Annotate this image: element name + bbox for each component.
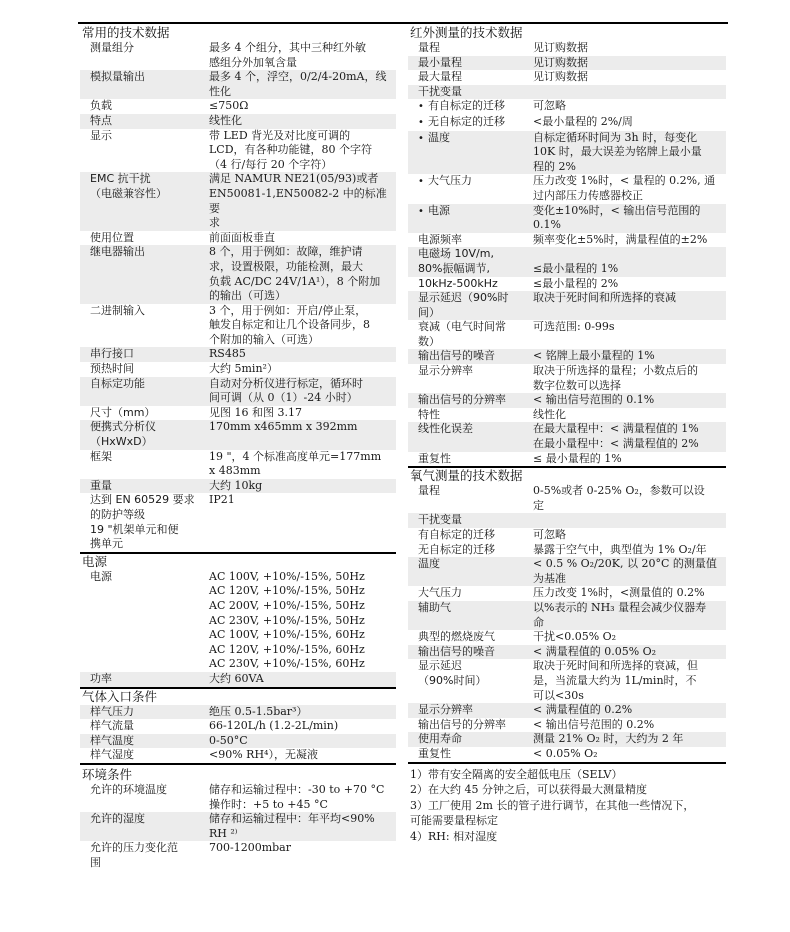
section-title-environment: 环境条件 bbox=[80, 765, 396, 783]
spec-row: 样气压力绝压 0.5-1.5bar³） bbox=[80, 705, 396, 720]
spec-row: 特性线性化 bbox=[408, 408, 726, 423]
spec-row: 输出信号的分辨率< 输出信号范围的 0.2% bbox=[408, 718, 726, 733]
spec-label-text: 显示延迟 （90%时间） bbox=[418, 659, 486, 687]
spec-row: 自标定功能自动对分析仪进行标定，循环时 间可调（从 0（1）-24 小时） bbox=[80, 377, 396, 406]
spec-label: 自标定功能 bbox=[80, 377, 209, 406]
spec-label: 电磁场 10V/m, 80%振幅调节, bbox=[408, 247, 533, 276]
section-title-power: 电源 bbox=[80, 554, 396, 570]
spec-row: 量程见订购数据 bbox=[408, 41, 726, 56]
spec-label-text: 特性 bbox=[418, 408, 440, 421]
spec-label: 最小量程 bbox=[408, 56, 533, 71]
spec-label: 量程 bbox=[408, 484, 533, 513]
spec-label-text: 功率 bbox=[90, 672, 112, 685]
spec-label: 便携式分析仪 （HxWxD） bbox=[80, 420, 209, 449]
spec-row: 输出信号的噪音< 满量程值的 0.05% O₂ bbox=[408, 645, 726, 660]
spec-row: 二进制输入3 个，用于例如：开启/停止泵， 触发自标定和让几个设备同步，8 个附… bbox=[80, 304, 396, 348]
spec-value: 前面面板垂直 bbox=[209, 231, 396, 246]
spec-row: 温度< 0.5 % O₂/20K, 以 20°C 的测量值 为基准 bbox=[408, 557, 726, 586]
spec-value: <90% RH⁴），无凝液 bbox=[209, 748, 396, 763]
spec-label-text: 使用寿命 bbox=[418, 732, 462, 745]
spec-label-text: 有自标定的迁移 bbox=[418, 528, 495, 541]
spec-label: 辅助气 bbox=[408, 601, 533, 630]
spec-value: 大约 5min²） bbox=[209, 362, 396, 377]
spec-row: 电磁场 10V/m, 80%振幅调节, ≤最小量程的 1% bbox=[408, 247, 726, 276]
spec-value: 取决于死时间和所选择的衰减 bbox=[533, 291, 726, 320]
spec-value: 取决于所选择的量程；小数点后的 数字位数可以选择 bbox=[533, 364, 726, 393]
environment-rows: 允许的环境温度储存和运输过程中：-30 to +70 °C 操作时：+5 to … bbox=[80, 783, 396, 871]
spec-label: 测量组分 bbox=[80, 41, 209, 70]
spec-label-text: 衰减（电气时间常 数） bbox=[418, 320, 506, 348]
spec-label: 温度 bbox=[408, 557, 533, 586]
spec-label: 串行接口 bbox=[80, 347, 209, 362]
o2-rows: 量程0-5%或者 0-25% O₂，参数可以设 定干扰变量有自标定的迁移可忽略无… bbox=[408, 484, 726, 761]
spec-label-text: 10kHz-500kHz bbox=[418, 277, 498, 290]
spec-label: 衰减（电气时间常 数） bbox=[408, 320, 533, 349]
spec-row: 允许的湿度储存和运输过程中：年平均<90% RH ²⁾ bbox=[80, 812, 396, 841]
spec-value: ≤最小量程的 2% bbox=[533, 277, 726, 292]
spec-value: <最小量程的 2%/周 bbox=[533, 115, 726, 131]
spec-row: 重复性≤ 最小量程的 1% bbox=[408, 452, 726, 467]
spec-value: 暴露于空气中，典型值为 1% O₂/年 bbox=[533, 543, 726, 558]
spec-label: 使用寿命 bbox=[408, 732, 533, 747]
spec-label-text: 串行接口 bbox=[90, 347, 134, 360]
spec-value: 170mm x465mm x 392mm bbox=[209, 420, 396, 449]
power-rows: 电源AC 100V, +10%/-15%, 50Hz AC 120V, +10%… bbox=[80, 570, 396, 687]
spec-row: 衰减（电气时间常 数）可选范围: 0-99s bbox=[408, 320, 726, 349]
spec-row: 显示延迟（90%时 间）取决于死时间和所选择的衰减 bbox=[408, 291, 726, 320]
spec-label-text: 允许的湿度 bbox=[90, 812, 145, 825]
spec-row: 无自标定的迁移<最小量程的 2%/周 bbox=[408, 115, 726, 131]
spec-value: 储存和运输过程中：-30 to +70 °C 操作时：+5 to +45 °C bbox=[209, 783, 396, 812]
spec-value: 压力改变 1%时，<测量值的 0.2% bbox=[533, 586, 726, 601]
spec-row: 继电器输出8 个，用于例如：故障，维护请 求，设置极限，功能检测，最大 负载 A… bbox=[80, 245, 396, 303]
spec-label-text: 尺寸（mm） bbox=[90, 406, 155, 419]
spec-label: 有自标定的迁移 bbox=[408, 528, 533, 543]
spec-row: 显示分辨率< 满量程值的 0.2% bbox=[408, 703, 726, 718]
spec-label: 显示延迟（90%时 间） bbox=[408, 291, 533, 320]
spec-label-text: 预热时间 bbox=[90, 362, 134, 375]
spec-value: 线性化 bbox=[533, 408, 726, 423]
spec-label: 无自标定的迁移 bbox=[408, 543, 533, 558]
spec-label: 显示分辨率 bbox=[408, 703, 533, 718]
spec-value: ≤750Ω bbox=[209, 99, 396, 114]
spec-label-text: 电源频率 bbox=[418, 233, 462, 246]
spec-label: 输出信号的噪音 bbox=[408, 349, 533, 364]
spec-label: 允许的压力变化范 围 bbox=[80, 841, 209, 870]
spec-row: 显示带 LED 背光及对比度可调的 LCD，有各种功能键，80 个字符 （4 行… bbox=[80, 129, 396, 173]
spec-value: 以%表示的 NH₃ 量程会减少仪器寿 命 bbox=[533, 601, 726, 630]
section-gas-inlet: 气体入口条件 样气压力绝压 0.5-1.5bar³）样气流量66-120L/h … bbox=[80, 689, 396, 765]
spec-label: 显示 bbox=[80, 129, 209, 173]
spec-label: 允许的环境温度 bbox=[80, 783, 209, 812]
section-title-o2: 氧气测量的技术数据 bbox=[408, 468, 726, 484]
spec-value: 绝压 0.5-1.5bar³） bbox=[209, 705, 396, 720]
spec-label: 大气压力 bbox=[408, 174, 533, 203]
section-title-general: 常用的技术数据 bbox=[80, 25, 396, 41]
spec-label: 模拟量输出 bbox=[80, 70, 209, 99]
spec-value: AC 100V, +10%/-15%, 50Hz AC 120V, +10%/-… bbox=[209, 570, 396, 672]
spec-value: 见图 16 和图 3.17 bbox=[209, 406, 396, 421]
spec-value: 在最大量程中：< 满量程值的 1% 在最小量程中：< 满量程值的 2% bbox=[533, 422, 726, 451]
bullet-icon bbox=[418, 99, 428, 112]
spec-label-text: 样气湿度 bbox=[90, 748, 134, 761]
spec-label-text: 电源 bbox=[428, 204, 450, 217]
spec-value: 0-50°C bbox=[209, 734, 396, 749]
ir-rows: 量程见订购数据最小量程见订购数据最大量程见订购数据干扰变量有自标定的迁移可忽略无… bbox=[408, 41, 726, 466]
spec-row: 串行接口RS485 bbox=[80, 347, 396, 362]
spec-value: < 输出信号范围的 0.2% bbox=[533, 718, 726, 733]
bullet-icon bbox=[418, 131, 428, 144]
spec-label: 允许的湿度 bbox=[80, 812, 209, 841]
section-o2: 氧气测量的技术数据 量程0-5%或者 0-25% O₂，参数可以设 定干扰变量有… bbox=[408, 468, 726, 763]
spec-row: 功率大约 60VA bbox=[80, 672, 396, 687]
spec-label-text: 线性化误差 bbox=[418, 422, 473, 435]
spec-label: 继电器输出 bbox=[80, 245, 209, 303]
section-title-ir: 红外测量的技术数据 bbox=[408, 25, 726, 41]
spec-label-text: 便携式分析仪 （HxWxD） bbox=[90, 420, 156, 448]
spec-row: 尺寸（mm）见图 16 和图 3.17 bbox=[80, 406, 396, 421]
bullet-icon bbox=[418, 204, 428, 217]
spec-label-text: 典型的燃烧废气 bbox=[418, 630, 495, 643]
spec-value: < 输出信号范围的 0.1% bbox=[533, 393, 726, 408]
spec-value: 可忽略 bbox=[533, 99, 726, 115]
spec-label: 10kHz-500kHz bbox=[408, 277, 533, 292]
spec-row: 温度自标定循环时间为 3h 时，每变化 10K 时，最大误差为铭牌上最小量 程的… bbox=[408, 131, 726, 175]
spec-label-text: 最小量程 bbox=[418, 56, 462, 69]
spec-value: 线性化 bbox=[209, 114, 396, 129]
spec-label: 电源 bbox=[408, 204, 533, 233]
spec-value: 19 "，4 个标准高度单元=177mm x 483mm bbox=[209, 450, 396, 479]
spec-value: 自动对分析仪进行标定，循环时 间可调（从 0（1）-24 小时） bbox=[209, 377, 396, 406]
spec-value: 频率变化±5%时，满量程值的±2% bbox=[533, 233, 726, 248]
spec-label: 特点 bbox=[80, 114, 209, 129]
spec-label-text: 测量组分 bbox=[90, 41, 134, 54]
spec-value: 干扰<0.05% O₂ bbox=[533, 630, 726, 645]
spec-label-text: 输出信号的分辨率 bbox=[418, 718, 506, 731]
section-environment: 环境条件 允许的环境温度储存和运输过程中：-30 to +70 °C 操作时：+… bbox=[80, 765, 396, 871]
spec-row: 10kHz-500kHz≤最小量程的 2% bbox=[408, 277, 726, 292]
footnote-4: 4）RH: 相对湿度 bbox=[410, 829, 726, 845]
spec-label-text: 二进制输入 bbox=[90, 304, 145, 317]
spec-value: < 铭牌上最小量程的 1% bbox=[533, 349, 726, 364]
spec-label-text: 干扰变量 bbox=[418, 513, 462, 526]
footnote-3: 3）工厂使用 2m 长的管子进行调节，在其他一些情况下， 可能需要量程标定 bbox=[410, 798, 726, 829]
spec-value: 见订购数据 bbox=[533, 56, 726, 71]
spec-label-text: 允许的压力变化范 围 bbox=[90, 841, 178, 869]
spec-label-text: 重复性 bbox=[418, 747, 451, 760]
spec-label-text: 干扰变量 bbox=[418, 85, 462, 98]
spec-value: 满足 NAMUR NE21(05/93)或者 EN50081-1,EN50082… bbox=[209, 172, 396, 230]
spec-row: 样气湿度<90% RH⁴），无凝液 bbox=[80, 748, 396, 763]
spec-row: 量程0-5%或者 0-25% O₂，参数可以设 定 bbox=[408, 484, 726, 513]
spec-label-text: 辅助气 bbox=[418, 601, 451, 614]
spec-label: 尺寸（mm） bbox=[80, 406, 209, 421]
spec-label: EMC 抗干扰 （电磁兼容性） bbox=[80, 172, 209, 230]
spec-label-text: 量程 bbox=[418, 484, 440, 497]
spec-value: 0-5%或者 0-25% O₂，参数可以设 定 bbox=[533, 484, 726, 513]
gas-inlet-rows: 样气压力绝压 0.5-1.5bar³）样气流量66-120L/h (1.2-2L… bbox=[80, 705, 396, 763]
spec-label-text: 无自标定的迁移 bbox=[418, 543, 495, 556]
spec-label-text: 大气压力 bbox=[428, 174, 472, 187]
spec-row: 输出信号的噪音< 铭牌上最小量程的 1% bbox=[408, 349, 726, 364]
spec-label-text: 框架 bbox=[90, 450, 112, 463]
spec-row: 电源AC 100V, +10%/-15%, 50Hz AC 120V, +10%… bbox=[80, 570, 396, 672]
spec-label: 最大量程 bbox=[408, 70, 533, 85]
spec-value: 可忽略 bbox=[533, 528, 726, 543]
spec-label: 样气流量 bbox=[80, 719, 209, 734]
spec-row: 使用位置前面面板垂直 bbox=[80, 231, 396, 246]
spec-label-text: 自标定功能 bbox=[90, 377, 145, 390]
spec-row: 便携式分析仪 （HxWxD）170mm x465mm x 392mm bbox=[80, 420, 396, 449]
spec-label: 线性化误差 bbox=[408, 422, 533, 451]
spec-label-text: 负载 bbox=[90, 99, 112, 112]
spec-value: 测量 21% O₂ 时，大约为 2 年 bbox=[533, 732, 726, 747]
spec-label-text: 输出信号的噪音 bbox=[418, 349, 495, 362]
spec-row: 预热时间大约 5min²） bbox=[80, 362, 396, 377]
spec-value: RS485 bbox=[209, 347, 396, 362]
spec-label-text: 显示分辨率 bbox=[418, 703, 473, 716]
spec-value bbox=[533, 85, 726, 100]
spec-row: 最小量程见订购数据 bbox=[408, 56, 726, 71]
spec-label-text: 显示分辨率 bbox=[418, 364, 473, 377]
spec-label: 重复性 bbox=[408, 747, 533, 762]
spec-row: 允许的压力变化范 围700-1200mbar bbox=[80, 841, 396, 870]
spec-value: 取决于死时间和所选择的衰减，但 是，当流量大约为 1L/min时，不 可以<30… bbox=[533, 659, 726, 703]
spec-value: 大约 10kg bbox=[209, 479, 396, 494]
spec-label-text: 有自标定的迁移 bbox=[428, 99, 505, 112]
spec-label-text: 允许的环境温度 bbox=[90, 783, 167, 796]
spec-value: 压力改变 1%时，< 量程的 0.2%, 通 过内部压力传感器校正 bbox=[533, 174, 726, 203]
spec-label-text: 样气流量 bbox=[90, 719, 134, 732]
spec-label: 特性 bbox=[408, 408, 533, 423]
spec-row: 电源频率频率变化±5%时，满量程值的±2% bbox=[408, 233, 726, 248]
spec-row: 负载≤750Ω bbox=[80, 99, 396, 114]
spec-row: 重量大约 10kg bbox=[80, 479, 396, 494]
spec-label-text: 量程 bbox=[418, 41, 440, 54]
spec-label-text: 最大量程 bbox=[418, 70, 462, 83]
spec-label: 大气压力 bbox=[408, 586, 533, 601]
spec-row: 输出信号的分辨率< 输出信号范围的 0.1% bbox=[408, 393, 726, 408]
spec-label-text: 重量 bbox=[90, 479, 112, 492]
spec-label: 输出信号的噪音 bbox=[408, 645, 533, 660]
spec-row: 有自标定的迁移可忽略 bbox=[408, 528, 726, 543]
spec-row: 允许的环境温度储存和运输过程中：-30 to +70 °C 操作时：+5 to … bbox=[80, 783, 396, 812]
spec-row: 重复性< 0.05% O₂ bbox=[408, 747, 726, 762]
spec-label: 使用位置 bbox=[80, 231, 209, 246]
spec-value: 变化±10%时，< 输出信号范围的 0.1% bbox=[533, 204, 726, 233]
left-column: 常用的技术数据 测量组分最多 4 个组分，其中三种红外敏 感组分外加氧含量模拟量… bbox=[80, 25, 396, 870]
spec-label: 样气压力 bbox=[80, 705, 209, 720]
footnote-2: 2）在大约 45 分钟之后，可以获得最大测量精度 bbox=[410, 782, 726, 798]
spec-label: 量程 bbox=[408, 41, 533, 56]
footnotes: 1）带有安全隔离的安全超低电压（SELV） 2）在大约 45 分钟之后，可以获得… bbox=[408, 764, 726, 845]
spec-value: < 0.05% O₂ bbox=[533, 747, 726, 762]
spec-label-text: 输出信号的噪音 bbox=[418, 645, 495, 658]
spec-row: 典型的燃烧废气干扰<0.05% O₂ bbox=[408, 630, 726, 645]
spec-row: 显示延迟 （90%时间）取决于死时间和所选择的衰减，但 是，当流量大约为 1L/… bbox=[408, 659, 726, 703]
spec-label-text: 重复性 bbox=[418, 452, 451, 465]
spec-row: 大气压力压力改变 1%时，<测量值的 0.2% bbox=[408, 586, 726, 601]
spec-label: 温度 bbox=[408, 131, 533, 175]
spec-value: 8 个，用于例如：故障，维护请 求，设置极限，功能检测，最大 负载 AC/DC … bbox=[209, 245, 396, 303]
spec-row: 使用寿命测量 21% O₂ 时，大约为 2 年 bbox=[408, 732, 726, 747]
spec-label-text: 使用位置 bbox=[90, 231, 134, 244]
spec-label-text: 达到 EN 60529 要求 的防护等级 19 "机架单元和便 携单元 bbox=[90, 493, 195, 550]
spec-label-text: 模拟量输出 bbox=[90, 70, 145, 83]
spec-row: 显示分辨率取决于所选择的量程；小数点后的 数字位数可以选择 bbox=[408, 364, 726, 393]
spec-value: 自标定循环时间为 3h 时，每变化 10K 时，最大误差为铭牌上最小量 程的 2… bbox=[533, 131, 726, 175]
spec-label-text: 样气压力 bbox=[90, 705, 134, 718]
spec-row: EMC 抗干扰 （电磁兼容性）满足 NAMUR NE21(05/93)或者 EN… bbox=[80, 172, 396, 230]
spec-row: 辅助气以%表示的 NH₃ 量程会减少仪器寿 命 bbox=[408, 601, 726, 630]
spec-row: 大气压力压力改变 1%时，< 量程的 0.2%, 通 过内部压力传感器校正 bbox=[408, 174, 726, 203]
spec-label: 显示分辨率 bbox=[408, 364, 533, 393]
spec-label: 输出信号的分辨率 bbox=[408, 718, 533, 733]
spec-label: 电源频率 bbox=[408, 233, 533, 248]
spec-value: < 满量程值的 0.05% O₂ bbox=[533, 645, 726, 660]
spec-label-text: 显示延迟（90%时 间） bbox=[418, 291, 508, 319]
spec-value: 见订购数据 bbox=[533, 70, 726, 85]
spec-value: < 0.5 % O₂/20K, 以 20°C 的测量值 为基准 bbox=[533, 557, 726, 586]
spec-row: 测量组分最多 4 个组分，其中三种红外敏 感组分外加氧含量 bbox=[80, 41, 396, 70]
spec-row: 最大量程见订购数据 bbox=[408, 70, 726, 85]
spec-label-text: 温度 bbox=[428, 131, 450, 144]
spec-label-text: 电磁场 10V/m, 80%振幅调节, bbox=[418, 247, 494, 275]
spec-label: 样气湿度 bbox=[80, 748, 209, 763]
spec-label-text: 特点 bbox=[90, 114, 112, 127]
spec-label: 有自标定的迁移 bbox=[408, 99, 533, 115]
spec-label-text: 温度 bbox=[418, 557, 440, 570]
spec-label: 电源 bbox=[80, 570, 209, 672]
spec-label-text: 输出信号的分辨率 bbox=[418, 393, 506, 406]
spec-row: 无自标定的迁移暴露于空气中，典型值为 1% O₂/年 bbox=[408, 543, 726, 558]
top-rule bbox=[78, 22, 728, 24]
spec-label-text: 继电器输出 bbox=[90, 245, 145, 258]
spec-row: 框架19 "，4 个标准高度单元=177mm x 483mm bbox=[80, 450, 396, 479]
right-column: 红外测量的技术数据 量程见订购数据最小量程见订购数据最大量程见订购数据干扰变量有… bbox=[408, 25, 726, 844]
spec-value: ≤最小量程的 1% bbox=[533, 247, 726, 276]
spec-row: 干扰变量 bbox=[408, 85, 726, 100]
spec-label: 框架 bbox=[80, 450, 209, 479]
spec-label: 干扰变量 bbox=[408, 513, 533, 528]
spec-value: 最多 4 个组分，其中三种红外敏 感组分外加氧含量 bbox=[209, 41, 396, 70]
spec-label: 二进制输入 bbox=[80, 304, 209, 348]
spec-row: 样气温度0-50°C bbox=[80, 734, 396, 749]
spec-label: 达到 EN 60529 要求 的防护等级 19 "机架单元和便 携单元 bbox=[80, 493, 209, 551]
bullet-icon bbox=[418, 115, 428, 128]
spec-label-text: 无自标定的迁移 bbox=[428, 115, 505, 128]
spec-label: 重复性 bbox=[408, 452, 533, 467]
spec-label-text: 电源 bbox=[90, 570, 112, 583]
spec-value: 3 个，用于例如：开启/停止泵， 触发自标定和让几个设备同步，8 个附加的输入（… bbox=[209, 304, 396, 348]
spec-value: 可选范围: 0-99s bbox=[533, 320, 726, 349]
spec-value: < 满量程值的 0.2% bbox=[533, 703, 726, 718]
general-rows: 测量组分最多 4 个组分，其中三种红外敏 感组分外加氧含量模拟量输出最多 4 个… bbox=[80, 41, 396, 552]
section-general: 常用的技术数据 测量组分最多 4 个组分，其中三种红外敏 感组分外加氧含量模拟量… bbox=[80, 25, 396, 554]
spec-row: 干扰变量 bbox=[408, 513, 726, 528]
spec-row: 特点线性化 bbox=[80, 114, 396, 129]
spec-value: 700-1200mbar bbox=[209, 841, 396, 870]
spec-label: 输出信号的分辨率 bbox=[408, 393, 533, 408]
section-power: 电源 电源AC 100V, +10%/-15%, 50Hz AC 120V, +… bbox=[80, 554, 396, 689]
spec-row: 达到 EN 60529 要求 的防护等级 19 "机架单元和便 携单元IP21 bbox=[80, 493, 396, 551]
spec-value: 储存和运输过程中：年平均<90% RH ²⁾ bbox=[209, 812, 396, 841]
spec-value: 见订购数据 bbox=[533, 41, 726, 56]
spec-value: 66-120L/h (1.2-2L/min) bbox=[209, 719, 396, 734]
spec-label: 预热时间 bbox=[80, 362, 209, 377]
spec-row: 样气流量66-120L/h (1.2-2L/min) bbox=[80, 719, 396, 734]
bullet-icon bbox=[418, 174, 428, 187]
section-title-gas-inlet: 气体入口条件 bbox=[80, 689, 396, 705]
spec-row: 模拟量输出最多 4 个，浮空，0/2/4-20mA，线 性化 bbox=[80, 70, 396, 99]
spec-label-text: 大气压力 bbox=[418, 586, 462, 599]
spec-label: 功率 bbox=[80, 672, 209, 687]
spec-label: 样气温度 bbox=[80, 734, 209, 749]
spec-row: 电源变化±10%时，< 输出信号范围的 0.1% bbox=[408, 204, 726, 233]
spec-label-text: 显示 bbox=[90, 129, 112, 142]
spec-label: 干扰变量 bbox=[408, 85, 533, 100]
spec-value: ≤ 最小量程的 1% bbox=[533, 452, 726, 467]
spec-label: 显示延迟 （90%时间） bbox=[408, 659, 533, 703]
spec-label: 典型的燃烧废气 bbox=[408, 630, 533, 645]
spec-row: 线性化误差在最大量程中：< 满量程值的 1% 在最小量程中：< 满量程值的 2% bbox=[408, 422, 726, 451]
spec-value: 带 LED 背光及对比度可调的 LCD，有各种功能键，80 个字符 （4 行/每… bbox=[209, 129, 396, 173]
spec-value: 最多 4 个，浮空，0/2/4-20mA，线 性化 bbox=[209, 70, 396, 99]
spec-value bbox=[533, 513, 726, 528]
spec-label: 负载 bbox=[80, 99, 209, 114]
spec-value: 大约 60VA bbox=[209, 672, 396, 687]
spec-value: IP21 bbox=[209, 493, 396, 551]
spec-label: 重量 bbox=[80, 479, 209, 494]
footnote-1: 1）带有安全隔离的安全超低电压（SELV） bbox=[410, 767, 726, 783]
section-ir: 红外测量的技术数据 量程见订购数据最小量程见订购数据最大量程见订购数据干扰变量有… bbox=[408, 25, 726, 468]
spec-label: 无自标定的迁移 bbox=[408, 115, 533, 131]
spec-label-text: EMC 抗干扰 （电磁兼容性） bbox=[90, 172, 167, 200]
spec-label-text: 样气温度 bbox=[90, 734, 134, 747]
spec-row: 有自标定的迁移可忽略 bbox=[408, 99, 726, 115]
